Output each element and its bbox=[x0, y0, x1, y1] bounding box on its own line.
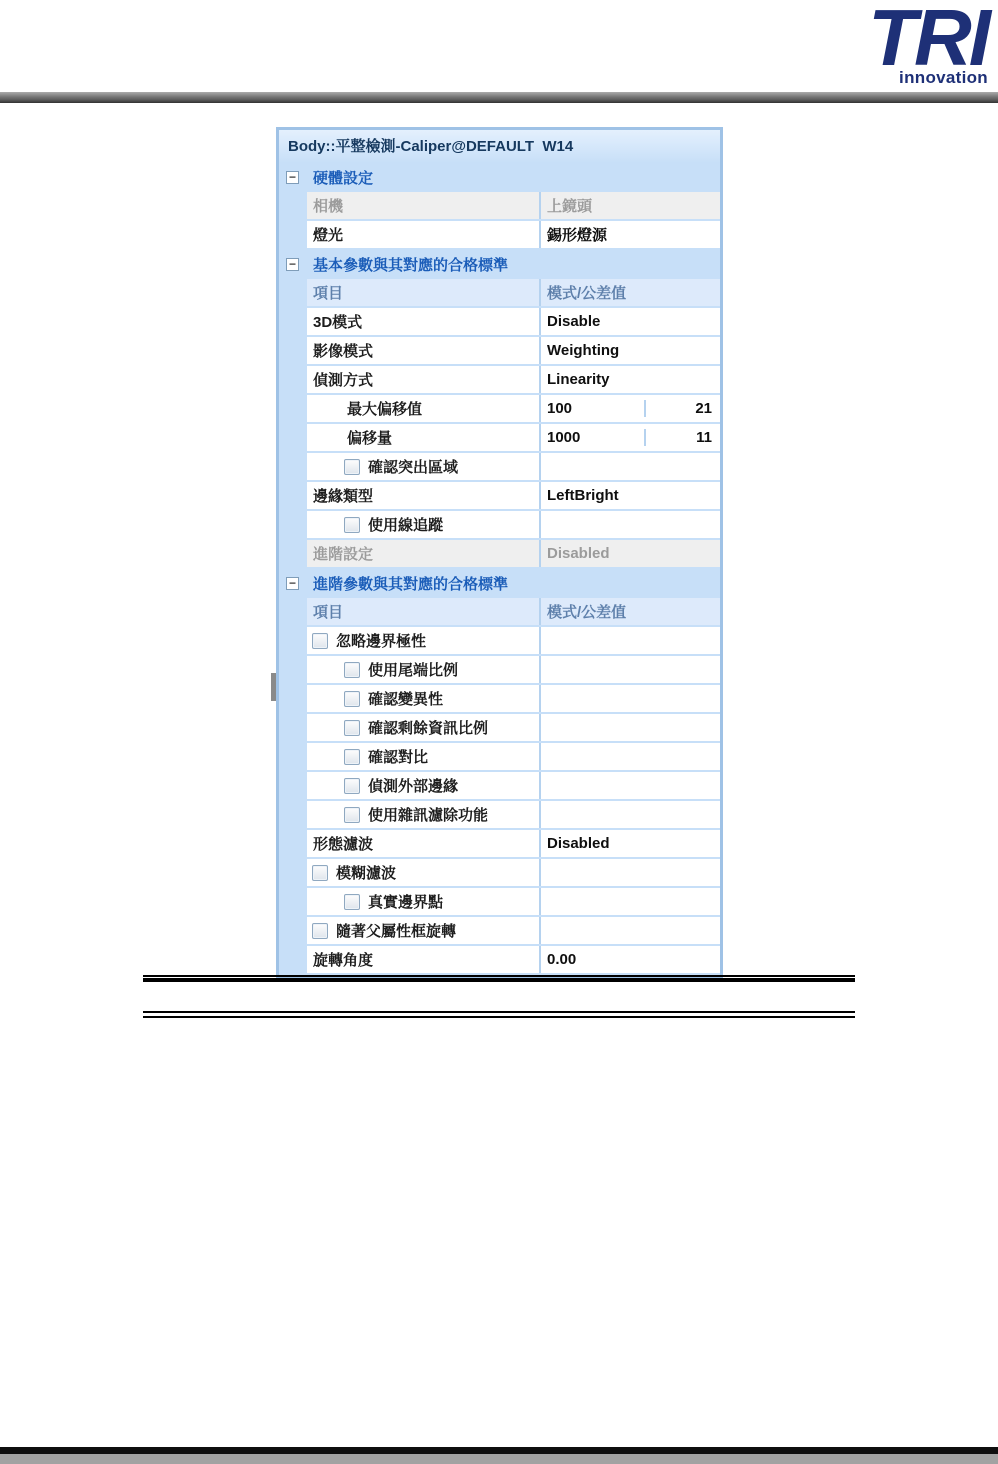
row-label-cell: 真實邊界點 bbox=[307, 888, 539, 915]
row-gutter bbox=[279, 482, 307, 511]
row-gutter bbox=[279, 424, 307, 453]
row-cells: 偏移量100011 bbox=[307, 424, 720, 451]
checkbox[interactable] bbox=[344, 894, 360, 910]
row-label-cell: 偵測方式 bbox=[307, 366, 539, 393]
row-gutter bbox=[279, 888, 307, 917]
column-header-value: 模式/公差值 bbox=[539, 598, 720, 625]
row-value-cell[interactable]: 0.00 bbox=[539, 946, 720, 973]
checkbox[interactable] bbox=[344, 662, 360, 678]
panel-title: Body::平整檢測-Caliper@DEFAULT W14 bbox=[279, 130, 720, 163]
value-secondary[interactable]: 21 bbox=[644, 400, 720, 417]
row-label-cell: 確認突出區域 bbox=[307, 453, 539, 480]
row-cells: 影像模式Weighting bbox=[307, 337, 720, 364]
row-label: 確認突出區域 bbox=[368, 456, 458, 477]
checkbox[interactable] bbox=[312, 865, 328, 881]
row-cells: 確認變異性 bbox=[307, 685, 720, 712]
row-cells: 確認剩餘資訊比例 bbox=[307, 714, 720, 741]
row-label: 偵測外部邊緣 bbox=[368, 775, 458, 796]
data-row[interactable]: 最大偏移值10021 bbox=[279, 395, 720, 424]
data-row[interactable]: 3D模式Disable bbox=[279, 308, 720, 337]
checkbox[interactable] bbox=[344, 720, 360, 736]
section-row[interactable]: 硬體設定 bbox=[279, 163, 720, 192]
checkbox-row[interactable]: 使用尾端比例 bbox=[279, 656, 720, 685]
row-value-cell[interactable] bbox=[539, 656, 720, 683]
row-gutter bbox=[279, 511, 307, 540]
row-gutter bbox=[279, 221, 307, 250]
row-label: 隨著父屬性框旋轉 bbox=[336, 920, 456, 941]
row-value-cell[interactable]: Linearity bbox=[539, 366, 720, 393]
section-row[interactable]: 基本參數與其對應的合格標準 bbox=[279, 250, 720, 279]
column-header-item: 項目 bbox=[307, 279, 539, 306]
row-gutter bbox=[279, 453, 307, 482]
checkbox-row[interactable]: 使用雜訊濾除功能 bbox=[279, 801, 720, 830]
row-value-cell[interactable]: 10021 bbox=[539, 395, 720, 422]
row-cells: 模糊濾波 bbox=[307, 859, 720, 886]
row-label: 忽略邊界極性 bbox=[336, 630, 426, 651]
row-cells: 使用雜訊濾除功能 bbox=[307, 801, 720, 828]
row-label-cell: 確認剩餘資訊比例 bbox=[307, 714, 539, 741]
row-gutter bbox=[279, 627, 307, 656]
row-gutter bbox=[279, 540, 307, 569]
value-primary[interactable]: 1000 bbox=[541, 429, 644, 446]
row-label-cell: 最大偏移值 bbox=[307, 395, 539, 422]
row-value-cell[interactable] bbox=[539, 714, 720, 741]
collapse-minus-icon[interactable] bbox=[286, 171, 299, 184]
row-cells: 燈光錫形燈源 bbox=[307, 221, 720, 248]
checkbox-row[interactable]: 確認剩餘資訊比例 bbox=[279, 714, 720, 743]
row-label-cell: 燈光 bbox=[307, 221, 539, 248]
checkbox-row[interactable]: 忽略邊界極性 bbox=[279, 627, 720, 656]
row-cells: 最大偏移值10021 bbox=[307, 395, 720, 422]
row-value-cell[interactable]: Disabled bbox=[539, 830, 720, 857]
row-value-cell[interactable]: Weighting bbox=[539, 337, 720, 364]
row-cells: 真實邊界點 bbox=[307, 888, 720, 915]
column-header-item: 項目 bbox=[307, 598, 539, 625]
row-gutter bbox=[279, 946, 307, 975]
row-value-cell[interactable]: LeftBright bbox=[539, 482, 720, 509]
side-cursor-mark bbox=[271, 673, 276, 701]
checkbox[interactable] bbox=[344, 749, 360, 765]
row-cells: 偵測方式Linearity bbox=[307, 366, 720, 393]
row-cells: 忽略邊界極性 bbox=[307, 627, 720, 654]
row-label-cell: 3D模式 bbox=[307, 308, 539, 335]
row-label-cell: 偏移量 bbox=[307, 424, 539, 451]
row-cells: 邊緣類型LeftBright bbox=[307, 482, 720, 509]
tri-logo-text: TRI bbox=[848, 0, 988, 76]
data-row[interactable]: 形態濾波Disabled bbox=[279, 830, 720, 859]
checkbox[interactable] bbox=[344, 517, 360, 533]
checkbox-row[interactable]: 使用線追蹤 bbox=[279, 511, 720, 540]
footer-rule-gray bbox=[0, 1454, 998, 1464]
checkbox-row[interactable]: 偵測外部邊緣 bbox=[279, 772, 720, 801]
section-row[interactable]: 進階參數與其對應的合格標準 bbox=[279, 569, 720, 598]
checkbox-row[interactable]: 確認變異性 bbox=[279, 685, 720, 714]
collapse-minus-icon[interactable] bbox=[286, 577, 299, 590]
row-value-cell[interactable] bbox=[539, 772, 720, 799]
row-value-cell[interactable]: Disable bbox=[539, 308, 720, 335]
row-label-cell: 使用雜訊濾除功能 bbox=[307, 801, 539, 828]
checkbox[interactable] bbox=[312, 633, 328, 649]
checkbox-row[interactable]: 確認突出區域 bbox=[279, 453, 720, 482]
row-value-cell[interactable] bbox=[539, 627, 720, 654]
row-label-cell: 確認變異性 bbox=[307, 685, 539, 712]
row-label-cell: 進階設定 bbox=[307, 540, 539, 567]
row-gutter bbox=[279, 917, 307, 946]
caliper-property-panel: Body::平整檢測-Caliper@DEFAULT W14 硬體設定相機上鏡頭… bbox=[276, 127, 723, 978]
row-gutter bbox=[279, 743, 307, 772]
row-value-cell[interactable] bbox=[539, 685, 720, 712]
row-label-cell: 使用尾端比例 bbox=[307, 656, 539, 683]
row-cells: 使用線追蹤 bbox=[307, 511, 720, 538]
row-label-cell: 使用線追蹤 bbox=[307, 511, 539, 538]
data-row[interactable]: 偏移量100011 bbox=[279, 424, 720, 453]
value-primary[interactable]: 100 bbox=[541, 400, 644, 417]
header-rule bbox=[0, 92, 998, 103]
row-gutter bbox=[279, 192, 307, 221]
row-label: 使用線追蹤 bbox=[368, 514, 443, 535]
checkbox-row[interactable]: 確認對比 bbox=[279, 743, 720, 772]
row-cells: 進階設定Disabled bbox=[307, 540, 720, 567]
data-row[interactable]: 邊緣類型LeftBright bbox=[279, 482, 720, 511]
row-value-cell[interactable] bbox=[539, 453, 720, 480]
row-label-cell: 邊緣類型 bbox=[307, 482, 539, 509]
data-row[interactable]: 影像模式Weighting bbox=[279, 337, 720, 366]
row-value-cell[interactable] bbox=[539, 888, 720, 915]
row-value-cell[interactable]: Disabled bbox=[539, 540, 720, 567]
row-cells: 使用尾端比例 bbox=[307, 656, 720, 683]
row-label: 確認剩餘資訊比例 bbox=[368, 717, 488, 738]
row-gutter bbox=[279, 337, 307, 366]
row-cells: 確認對比 bbox=[307, 743, 720, 770]
section-label: 進階參數與其對應的合格標準 bbox=[313, 573, 508, 594]
row-label-cell: 相機 bbox=[307, 192, 539, 219]
row-label-cell: 偵測外部邊緣 bbox=[307, 772, 539, 799]
row-label-cell: 確認對比 bbox=[307, 743, 539, 770]
checkbox-row[interactable]: 模糊濾波 bbox=[279, 859, 720, 888]
row-label: 使用尾端比例 bbox=[368, 659, 458, 680]
row-value-cell[interactable]: 100011 bbox=[539, 424, 720, 451]
checkbox[interactable] bbox=[344, 778, 360, 794]
row-label: 模糊濾波 bbox=[336, 862, 396, 883]
row-value-cell[interactable]: 上鏡頭 bbox=[539, 192, 720, 219]
row-gutter bbox=[279, 830, 307, 859]
row-gutter bbox=[279, 395, 307, 424]
row-value-cell[interactable] bbox=[539, 511, 720, 538]
checkbox[interactable] bbox=[344, 807, 360, 823]
row-cells: 3D模式Disable bbox=[307, 308, 720, 335]
collapse-minus-icon[interactable] bbox=[286, 258, 299, 271]
row-gutter bbox=[279, 714, 307, 743]
row-label: 確認變異性 bbox=[368, 688, 443, 709]
data-row[interactable]: 進階設定Disabled bbox=[279, 540, 720, 569]
row-cells: 隨著父屬性框旋轉 bbox=[307, 917, 720, 944]
footer-rule-dark bbox=[0, 1447, 998, 1454]
row-gutter bbox=[279, 279, 307, 308]
row-label-cell: 影像模式 bbox=[307, 337, 539, 364]
document-page: TRI innovation Body::平整檢測-Caliper@DEFAUL… bbox=[0, 0, 998, 1464]
value-secondary[interactable]: 11 bbox=[644, 429, 720, 446]
data-row[interactable]: 旋轉角度0.00 bbox=[279, 946, 720, 975]
data-row[interactable]: 燈光錫形燈源 bbox=[279, 221, 720, 250]
checkbox-row[interactable]: 真實邊界點 bbox=[279, 888, 720, 917]
row-label: 真實邊界點 bbox=[368, 891, 443, 912]
section-label: 硬體設定 bbox=[313, 167, 373, 188]
row-cells: 偵測外部邊緣 bbox=[307, 772, 720, 799]
row-cells: 旋轉角度0.00 bbox=[307, 946, 720, 973]
row-cells: 相機上鏡頭 bbox=[307, 192, 720, 219]
checkbox[interactable] bbox=[344, 691, 360, 707]
tri-logo: TRI innovation bbox=[848, 0, 988, 88]
checkbox[interactable] bbox=[312, 923, 328, 939]
checkbox[interactable] bbox=[344, 459, 360, 475]
row-gutter bbox=[279, 772, 307, 801]
row-label-cell: 模糊濾波 bbox=[307, 859, 539, 886]
row-label: 使用雜訊濾除功能 bbox=[368, 804, 488, 825]
colheader-row[interactable]: 項目模式/公差值 bbox=[279, 279, 720, 308]
row-label-cell: 形態濾波 bbox=[307, 830, 539, 857]
property-grid-rows: 硬體設定相機上鏡頭燈光錫形燈源基本參數與其對應的合格標準項目模式/公差值3D模式… bbox=[279, 163, 720, 975]
row-label: 確認對比 bbox=[368, 746, 428, 767]
row-cells: 確認突出區域 bbox=[307, 453, 720, 480]
row-gutter bbox=[279, 685, 307, 714]
checkbox-row[interactable]: 隨著父屬性框旋轉 bbox=[279, 917, 720, 946]
colheader-row[interactable]: 項目模式/公差值 bbox=[279, 598, 720, 627]
row-gutter bbox=[279, 656, 307, 685]
row-gutter bbox=[279, 859, 307, 888]
column-header-value: 模式/公差值 bbox=[539, 279, 720, 306]
double-rule-top bbox=[143, 975, 855, 982]
row-value-cell[interactable] bbox=[539, 801, 720, 828]
data-row[interactable]: 偵測方式Linearity bbox=[279, 366, 720, 395]
row-value-cell[interactable] bbox=[539, 917, 720, 944]
row-value-cell[interactable]: 錫形燈源 bbox=[539, 221, 720, 248]
row-label-cell: 隨著父屬性框旋轉 bbox=[307, 917, 539, 944]
row-gutter bbox=[279, 366, 307, 395]
row-gutter bbox=[279, 308, 307, 337]
row-cells: 項目模式/公差值 bbox=[307, 279, 720, 306]
row-cells: 項目模式/公差值 bbox=[307, 598, 720, 625]
section-label: 基本參數與其對應的合格標準 bbox=[313, 254, 508, 275]
row-label-cell: 忽略邊界極性 bbox=[307, 627, 539, 654]
row-label-cell: 旋轉角度 bbox=[307, 946, 539, 973]
data-row[interactable]: 相機上鏡頭 bbox=[279, 192, 720, 221]
double-rule-bottom bbox=[143, 1011, 855, 1018]
row-cells: 形態濾波Disabled bbox=[307, 830, 720, 857]
row-value-cell[interactable] bbox=[539, 743, 720, 770]
row-value-cell[interactable] bbox=[539, 859, 720, 886]
row-gutter bbox=[279, 801, 307, 830]
row-gutter bbox=[279, 598, 307, 627]
